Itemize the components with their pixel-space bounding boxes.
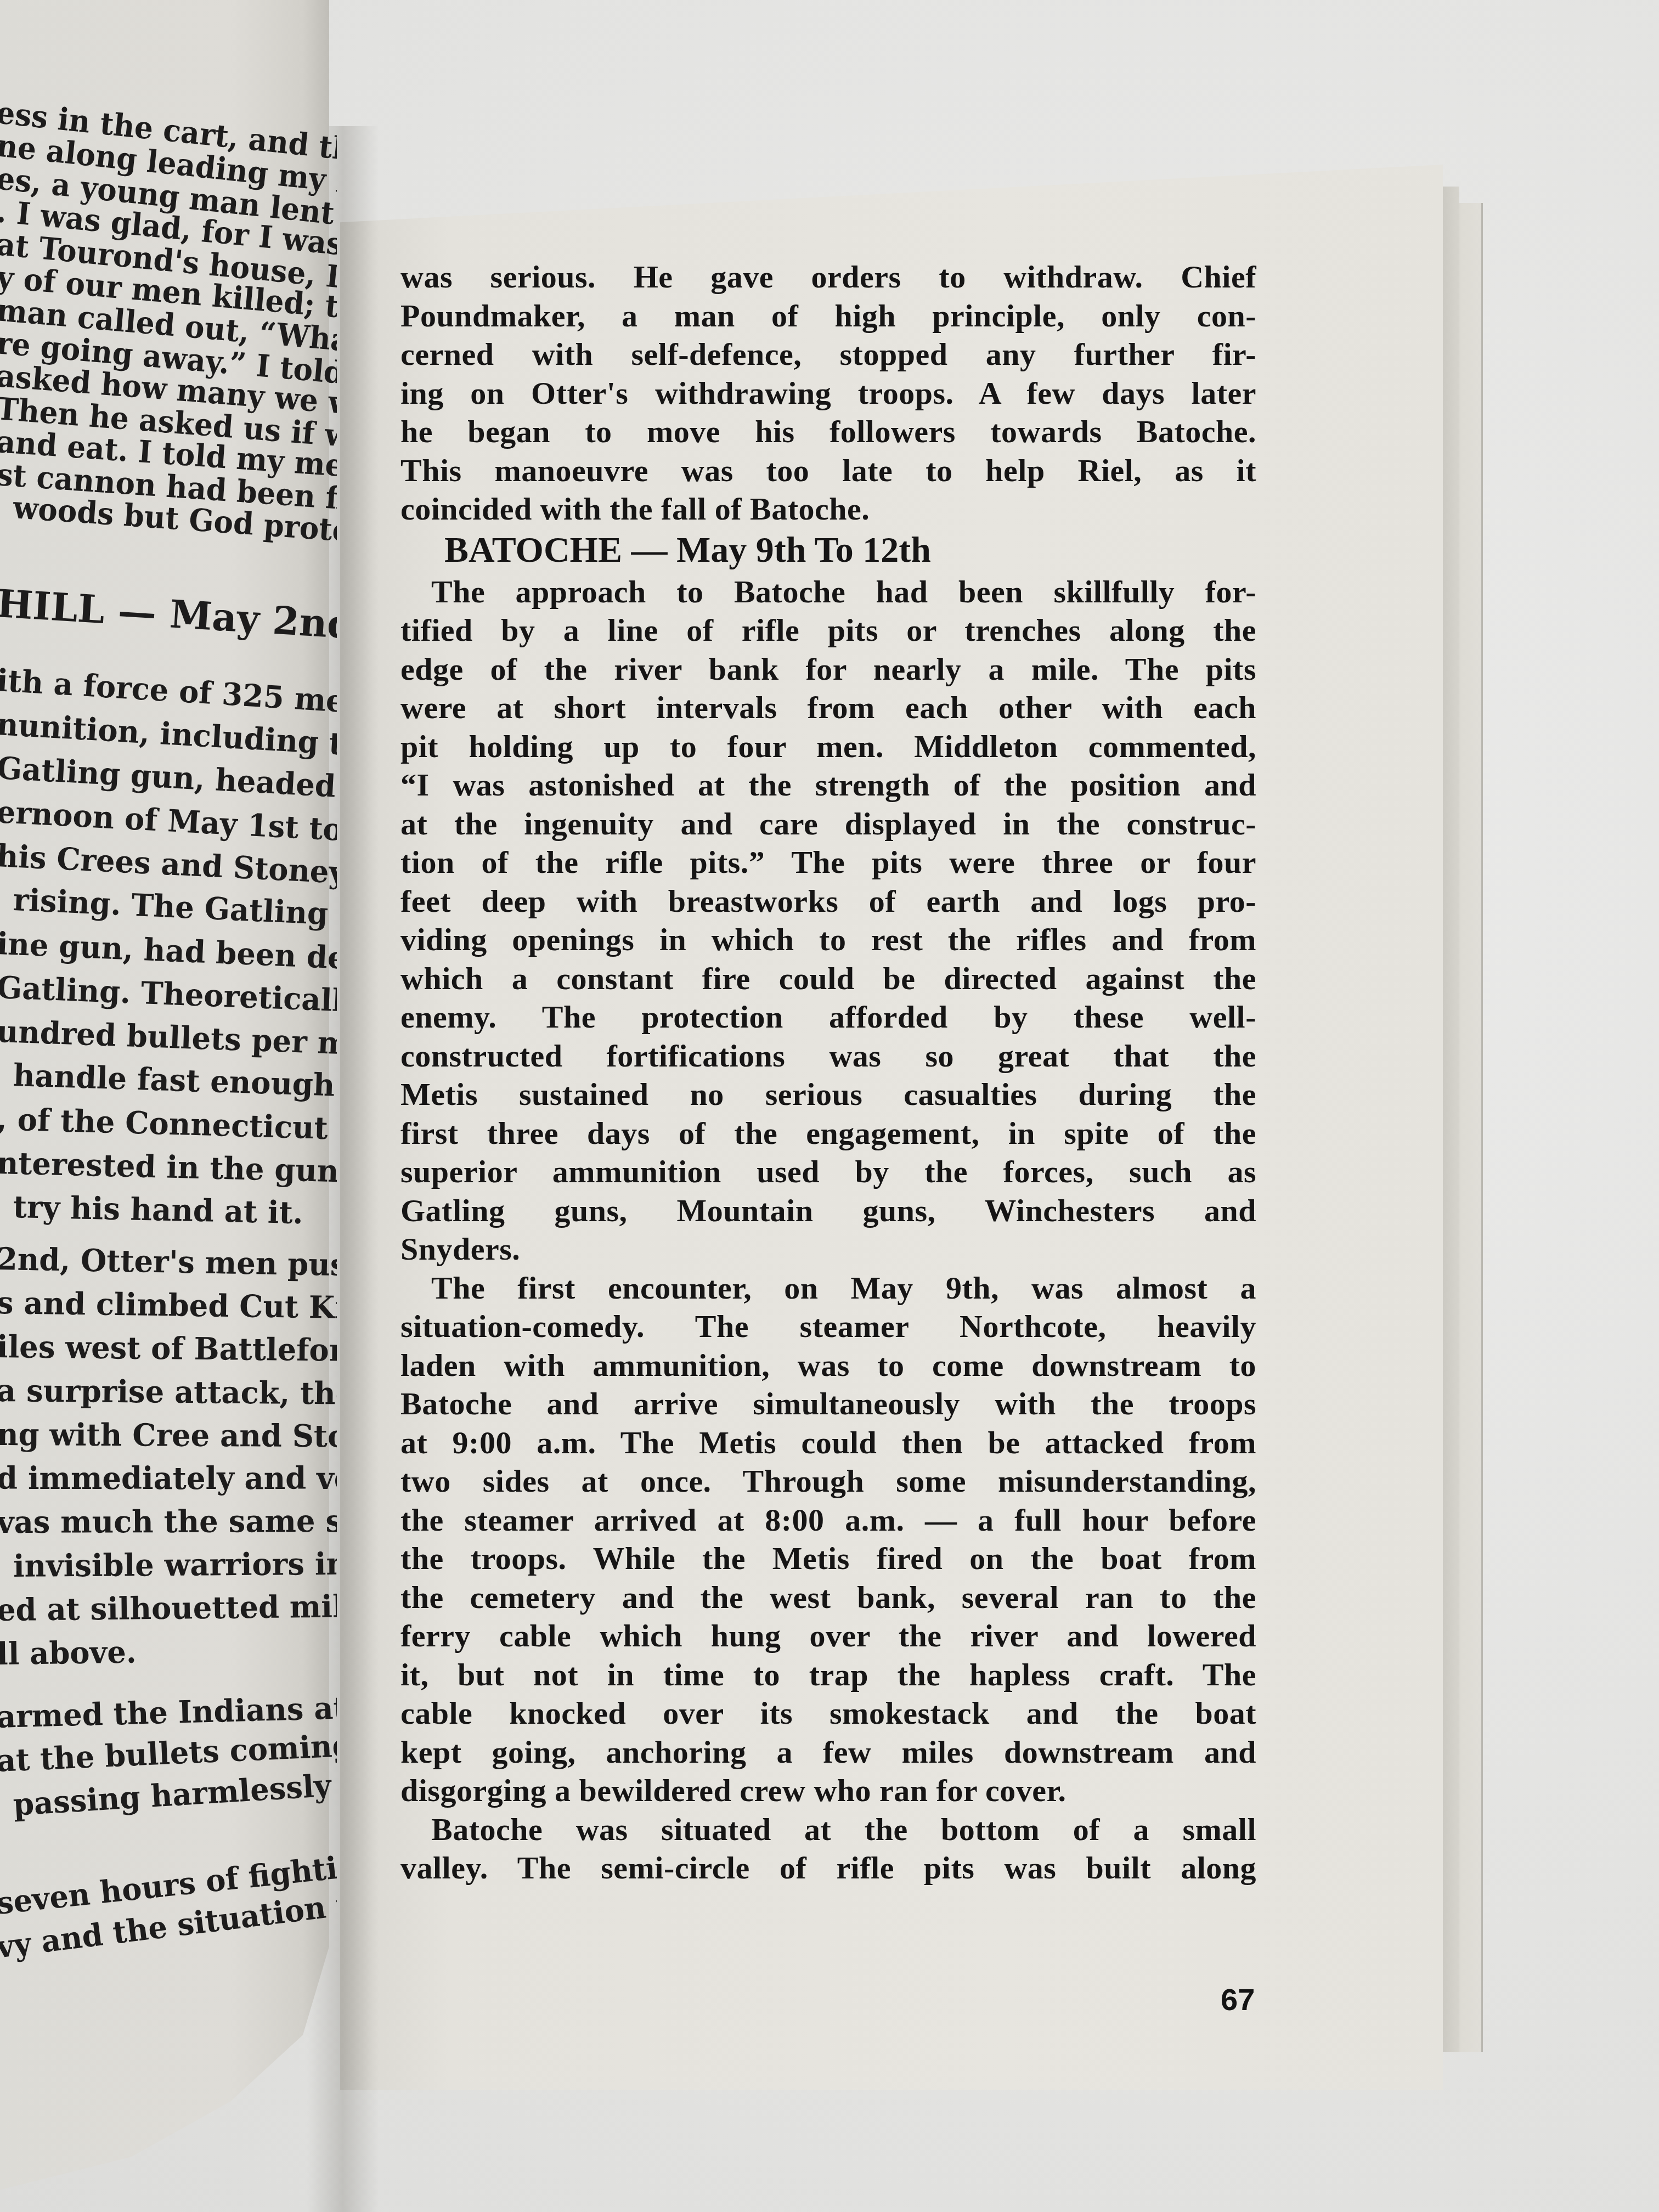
text-line: s and climbed Cut Knife [0,1286,337,1325]
text-line: tion of the rifle pits.” The pits were t… [400,843,1256,882]
text-line: enemy. The protection afforded by these … [400,998,1256,1037]
text-line: The first encounter, on May 9th, was alm… [400,1269,1256,1308]
paragraph-fortifications: The approach to Batoche had been skillfu… [400,573,1256,1269]
text-line: edge of the river bank for nearly a mile… [400,650,1256,689]
text-line: ng with Cree and Stoney [0,1418,337,1453]
text-line: were at short intervals from each other … [400,689,1256,727]
text-line: the steamer arrived at 8:00 a.m. — a ful… [400,1501,1256,1540]
text-line: Gatling. Theoretically, it [0,971,337,1019]
text-line: ferry cable which hung over the river an… [400,1617,1256,1656]
text-line: Snyders. [400,1230,1256,1269]
text-line: armed the Indians at firs [0,1690,337,1734]
text-line: nterested in the gun, and [0,1147,337,1190]
text-line: ing on Otter's withdrawing troops. A few… [400,374,1256,413]
text-line: coincided with the fall of Batoche. [400,490,1256,529]
text-line: undred bullets per minute [0,1015,337,1063]
left-page-text: ess in the cart, and the other two ne al… [0,0,337,1975]
text-line: ine gun, had been devised [0,927,337,978]
paragraph-batoche-valley: Batoche was situated at the bottom of a … [400,1810,1256,1888]
text-line: ll above. [0,1635,137,1671]
text-line: situation-comedy. The steamer Northcote,… [400,1307,1256,1346]
text-line: This manoeuvre was too late to help Riel… [400,452,1256,490]
text-line: cerned with self-defence, stopped any fu… [400,335,1256,374]
text-line: tified by a line of rifle pits or trench… [400,611,1256,650]
text-line: pit holding up to four men. Middleton co… [400,727,1256,766]
text-line: try his hand at it. [13,1190,303,1229]
section-heading: BATOCHE — May 9th To 12th [400,529,1256,573]
text-line: Gatling guns, Mountain guns, Winchesters… [400,1192,1256,1231]
text-line: viding openings in which to rest the rif… [400,921,1256,960]
text-line: “I was astonished at the strength of the… [400,766,1256,805]
text-line: Batoche was situated at the bottom of a … [400,1810,1256,1849]
text-line: iles west of Battleford. Th [0,1330,337,1368]
text-line: a surprise attack, the [0,1374,337,1410]
text-line: Metis sustained no serious casualties du… [400,1075,1256,1114]
paragraph-first-encounter: The first encounter, on May 9th, was alm… [400,1269,1256,1810]
text-line: laden with ammunition, was to come downs… [400,1346,1256,1385]
text-line: The approach to Batoche had been skillfu… [400,573,1256,612]
text-line: invisible warriors in [13,1548,337,1583]
text-line: at the ingenuity and care displayed in t… [400,805,1256,844]
text-line: it, but not in time to trap the hapless … [400,1656,1256,1695]
text-line: the cemetery and the west bank, several … [400,1578,1256,1617]
text-line: he began to move his followers towards B… [400,413,1256,452]
right-page-text: was serious. He gave orders to withdraw.… [400,258,1256,1888]
text-line: which a constant fire could be directed … [400,960,1256,998]
text-line: two sides at once. Through some misunder… [400,1462,1256,1501]
text-line: vas much the same situati [0,1504,337,1539]
text-line: disgorging a bewildered crew who ran for… [400,1771,1256,1810]
text-line: 2nd, Otter's men pushed [0,1243,337,1283]
text-line: constructed fortifications was so great … [400,1037,1256,1076]
text-line: , of the Connecticut Na [0,1103,337,1147]
text-line: feet deep with breastworks of earth and … [400,882,1256,921]
text-line: kept going, anchoring a few miles downst… [400,1733,1256,1772]
text-line: first three days of the engagement, in s… [400,1114,1256,1153]
text-line: at 9:00 a.m. The Metis could then be att… [400,1424,1256,1463]
section-heading: HILL — May 2nd [0,587,337,642]
text-line: superior ammunition used by the forces, … [400,1153,1256,1192]
text-line: valley. The semi-circle of rifle pits wa… [400,1849,1256,1888]
text-line: d immediately and vehem [0,1462,337,1495]
paragraph-continued: was serious. He gave orders to withdraw.… [400,258,1256,529]
text-line: cable knocked over its smokestack and th… [400,1694,1256,1733]
text-line: Batoche and arrive simultaneously with t… [400,1385,1256,1424]
text-line: rising. The Gatling gun, [13,883,337,934]
text-line: ed at silhouetted milit [0,1590,337,1627]
text-line: Poundmaker, a man of high principle, onl… [400,297,1256,336]
text-line: handle fast enough. Ca [13,1059,337,1104]
text-line: was serious. He gave orders to withdraw.… [400,258,1256,297]
page-number: 67 [1221,1982,1255,2017]
text-line: the troops. While the Metis fired on the… [400,1539,1256,1578]
